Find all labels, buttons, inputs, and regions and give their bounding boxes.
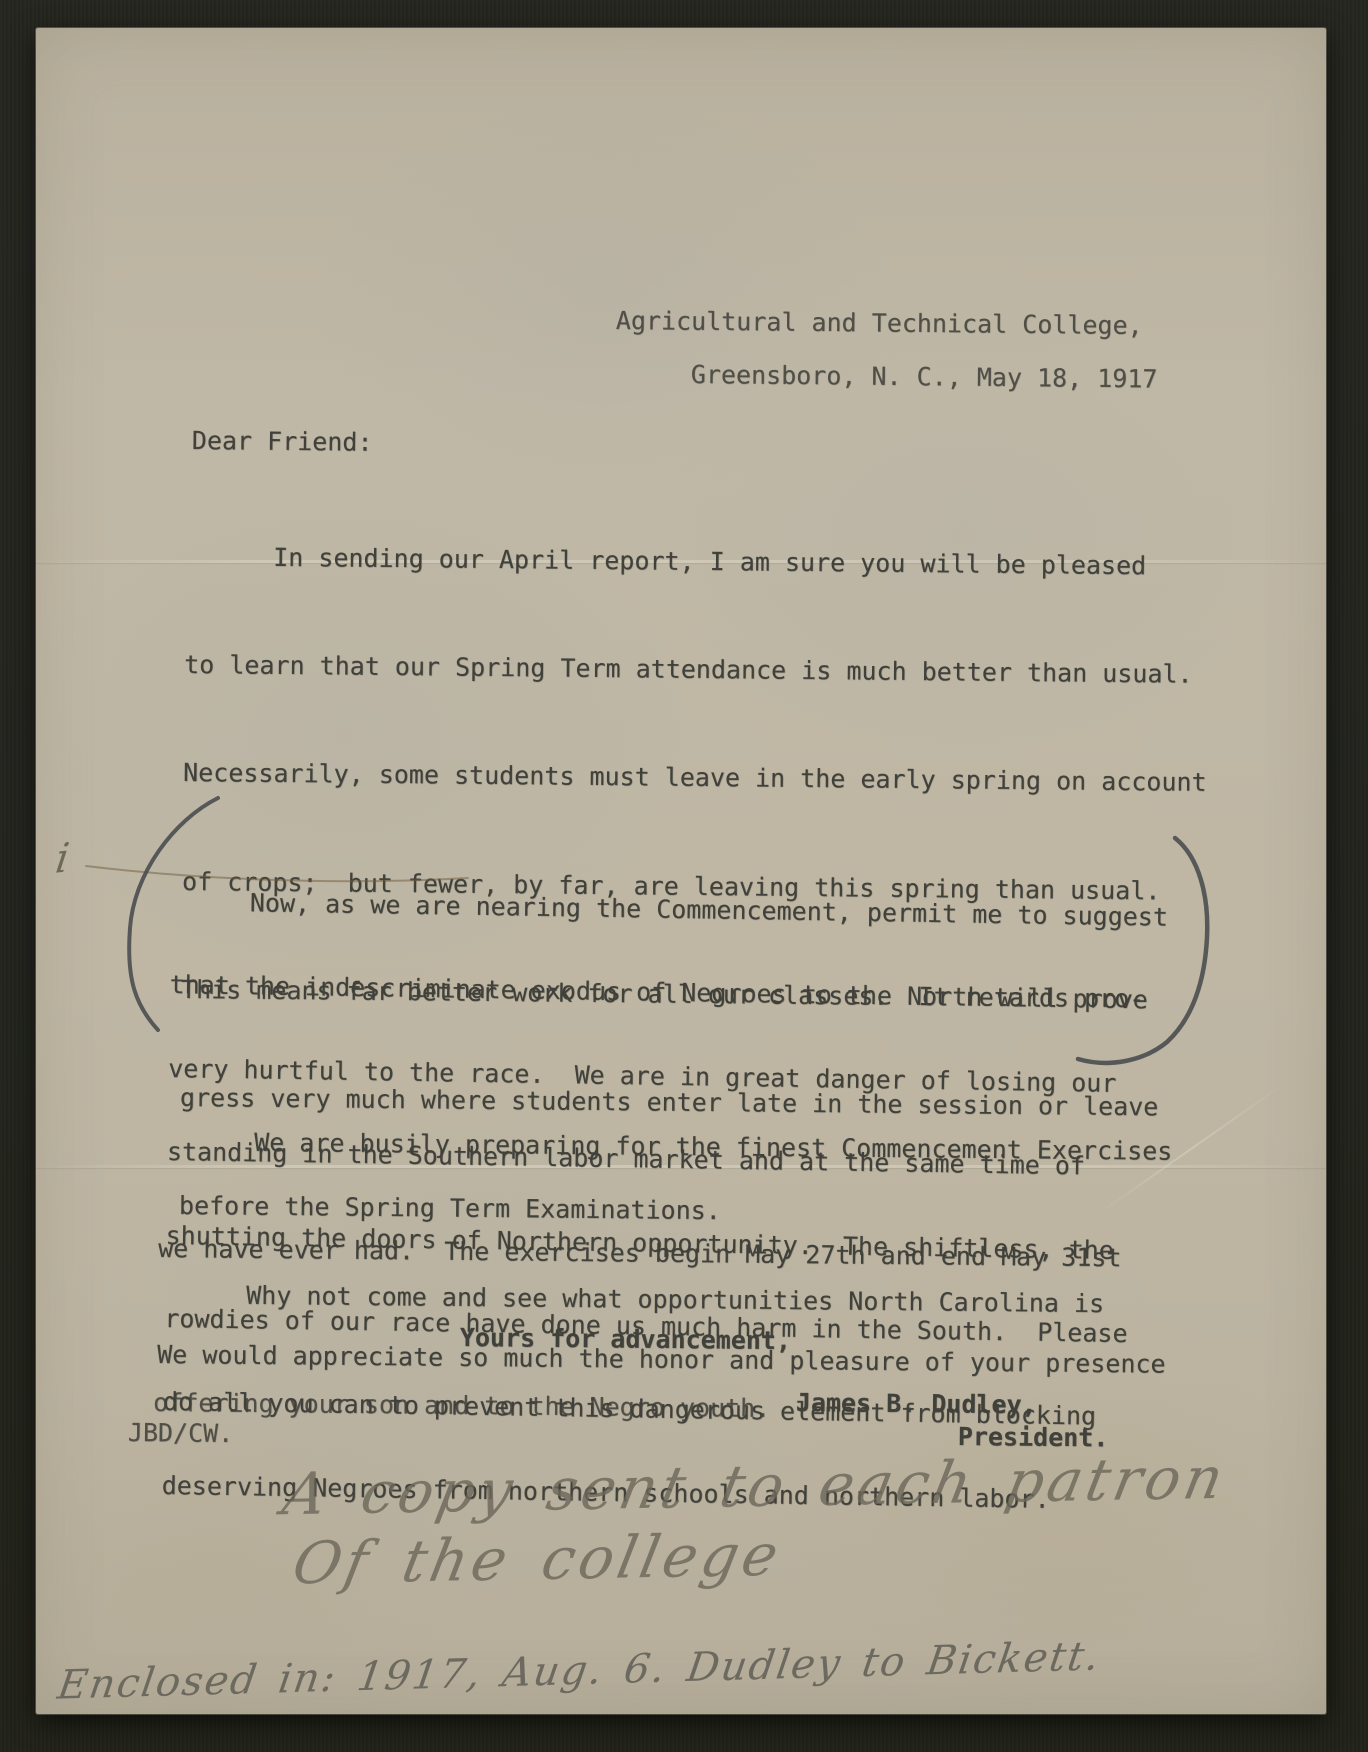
dateline-place-date: Greensboro, N. C., May 18, 1917 (691, 360, 1158, 393)
typed-line: to learn that our Spring Term attendance… (184, 640, 1208, 700)
signature-name: James B. Dudley, (796, 1388, 1037, 1419)
closing: Yours for advancement, (460, 1323, 791, 1355)
typist-initials: JBD/CW. (128, 1418, 234, 1448)
dateline-institution: Agricultural and Technical College, (616, 306, 1143, 340)
typed-line: Necessarily, some students must leave in… (183, 748, 1207, 808)
typed-line: Now, as we are nearing the Commencement,… (171, 889, 1168, 930)
typed-line: that the indescriminate exodus of Negroe… (169, 972, 1166, 1013)
salutation: Dear Friend: (192, 426, 373, 457)
handwritten-archival-note: Enclosed in: 1917, Aug. 6. Dudley to Bic… (55, 1633, 1104, 1708)
letter-page: Agricultural and Technical College, Gree… (36, 28, 1326, 1714)
typed-line: We are busily preparing for the finest C… (159, 1118, 1173, 1176)
typed-line: In sending our April report, I am sure y… (185, 532, 1209, 592)
typed-line: Why not come and see what opportunities … (154, 1270, 1104, 1329)
margin-mark: i (53, 835, 72, 883)
handwritten-patron-note-line-2: Of the college (287, 1521, 787, 1598)
